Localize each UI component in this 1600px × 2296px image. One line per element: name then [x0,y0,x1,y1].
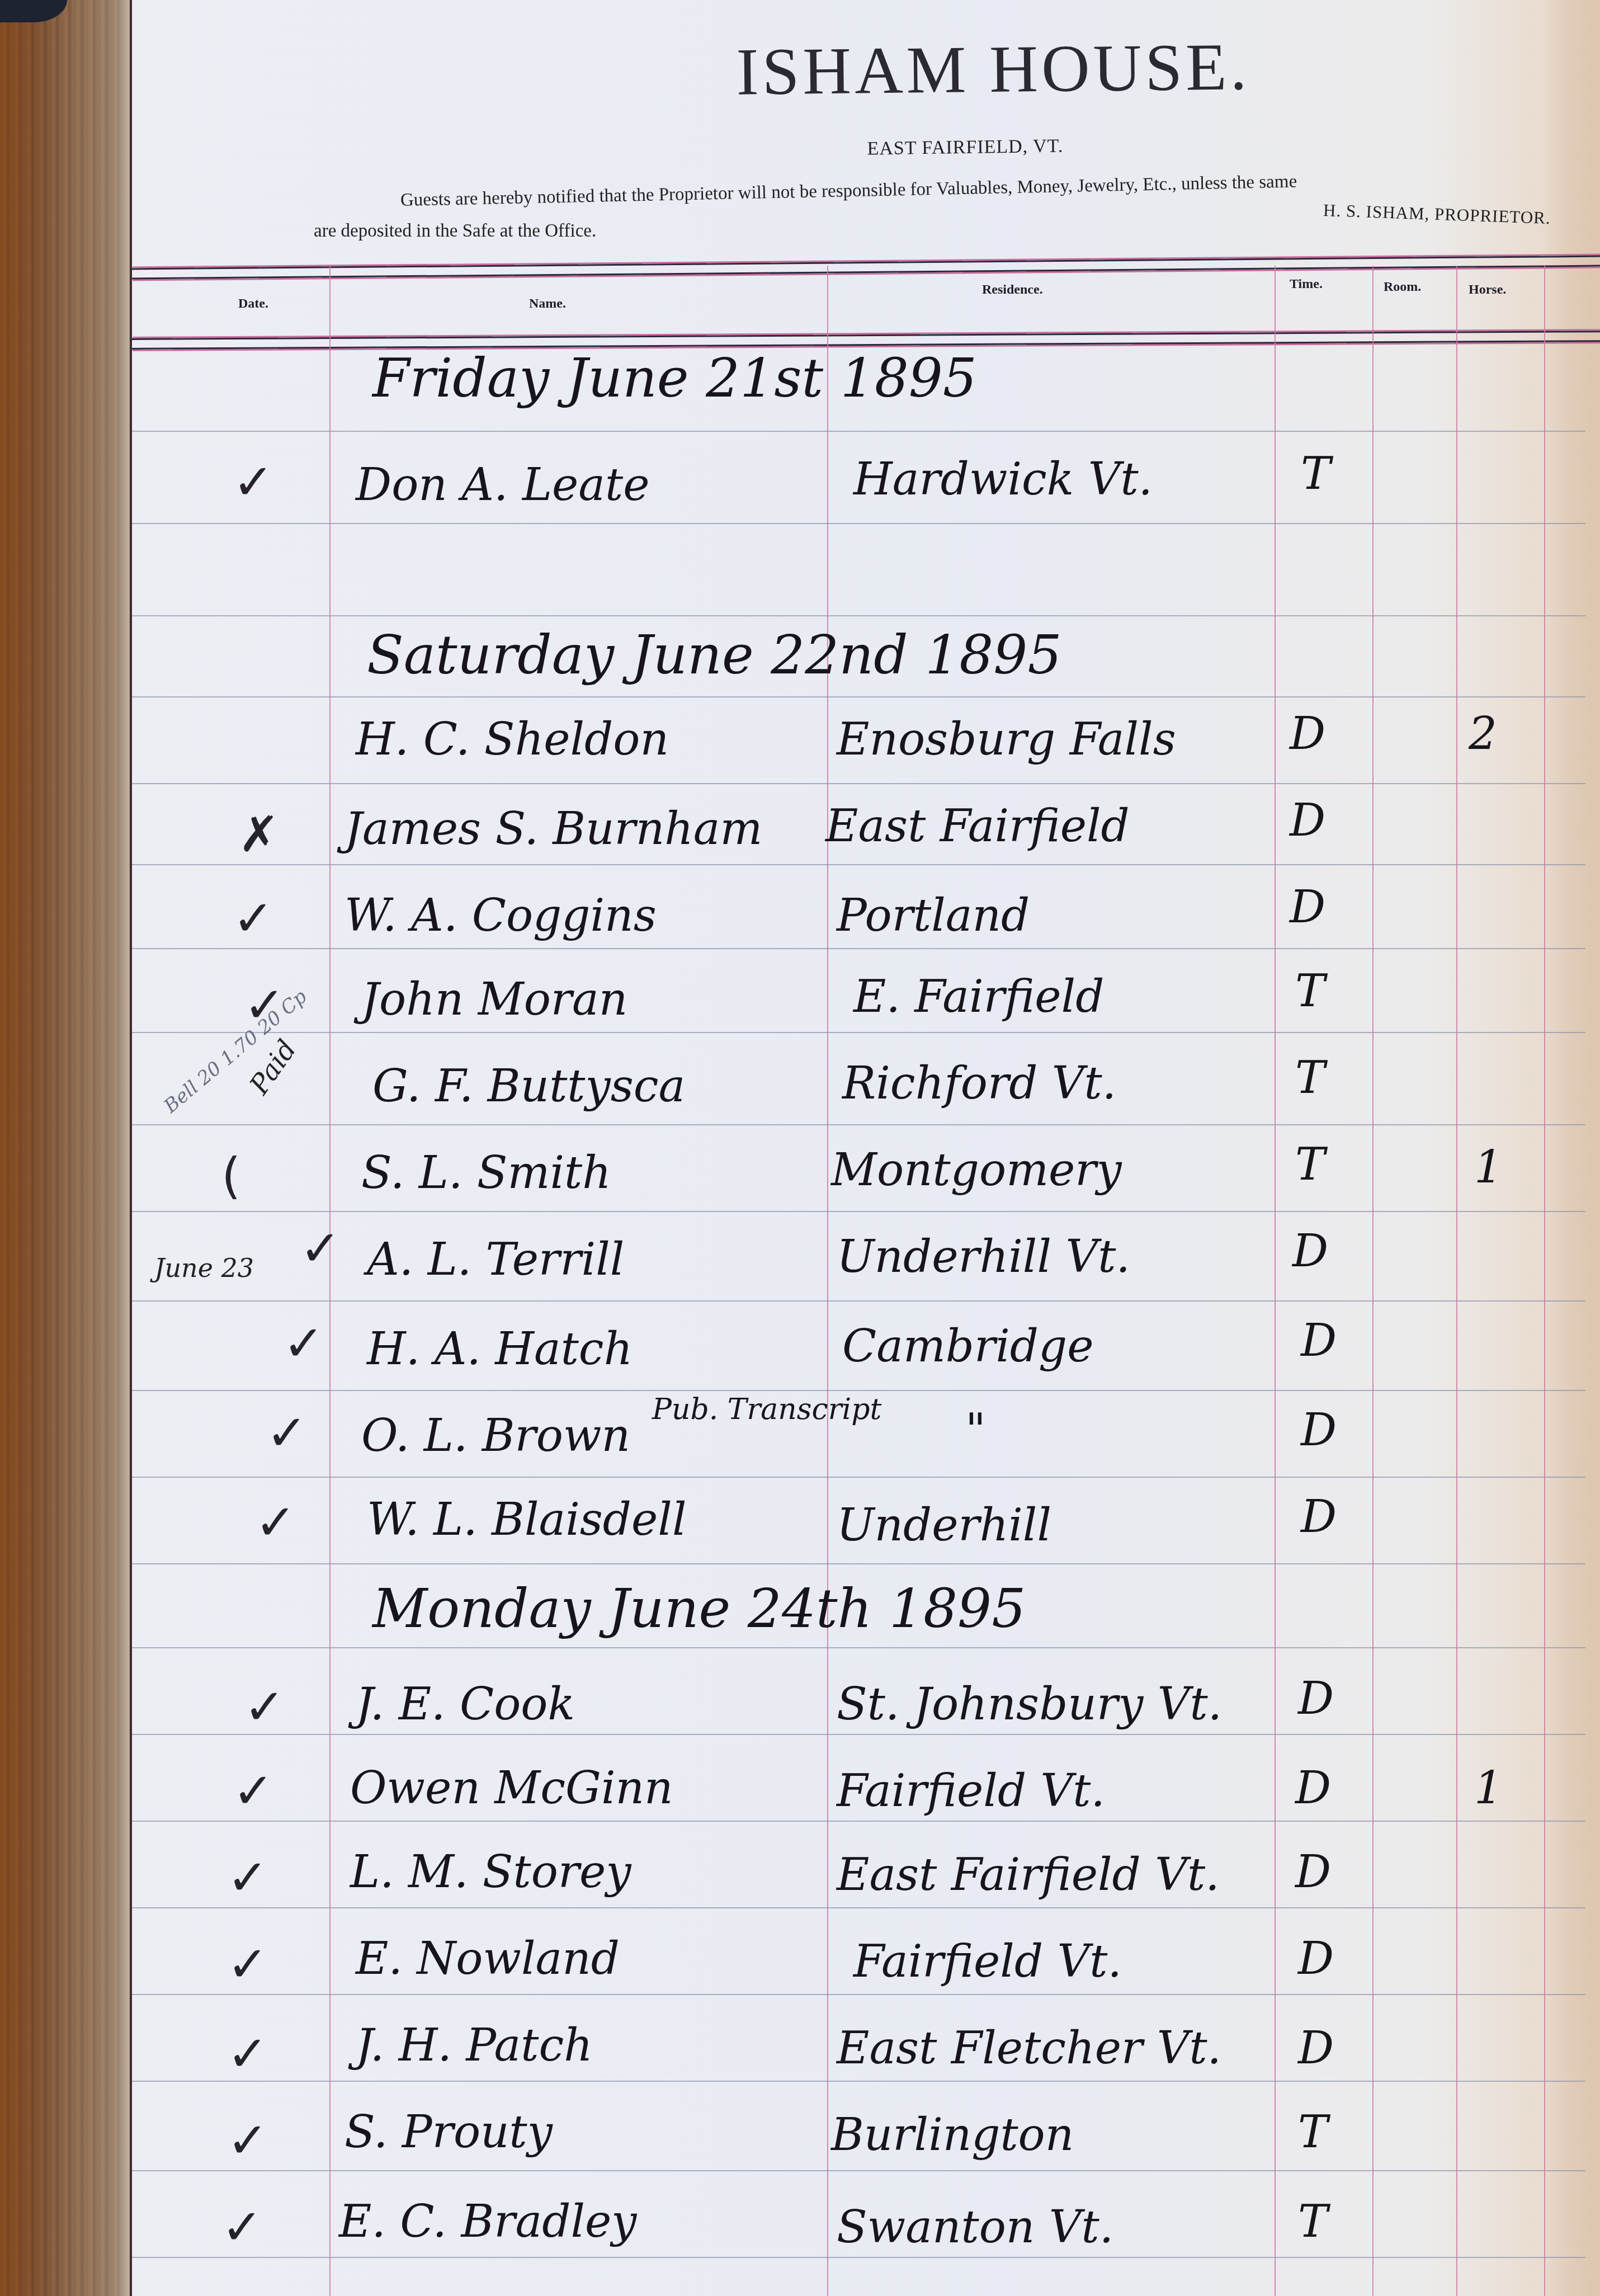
arrival-time: D [1295,1846,1331,1898]
arrival-time: D [1301,1491,1337,1543]
hotel-location: EAST FAIRFIELD, VT. [714,134,1217,162]
liability-notice-line1: Guests are hereby notified that the Prop… [400,171,1297,211]
column-header-date: Date. [238,296,268,312]
column-header-horse: Horse. [1469,282,1506,298]
arrival-time: T [1295,965,1325,1017]
ruled-line [132,615,1585,616]
guest-name: E. Nowland [356,1932,620,1984]
ruled-line [132,1124,1585,1125]
day-heading: Friday June 21st 1895 [372,347,977,409]
guest-name: H. A. Hatch [367,1323,633,1375]
liability-notice-line2: are deposited in the Safe at the Office. [314,221,596,242]
ruled-line [132,1647,1585,1648]
ruled-line [132,1907,1585,1908]
horse-count: 1 [1474,1762,1503,1814]
arrival-time: D [1298,2022,1334,2074]
arrival-time: D [1295,1762,1331,1814]
guest-residence: East Fairfield [825,800,1130,852]
guest-residence: Fairfield Vt. [837,1765,1105,1817]
column-header-time: Time. [1290,277,1323,292]
register-page: ISHAM HOUSE. EAST FAIRFIELD, VT. Guests … [130,0,1600,2296]
guest-name: W. L. Blaisdell [367,1493,687,1545]
guest-residence: E. Fairfield [853,970,1104,1022]
ruled-line [132,948,1585,949]
day-heading: Saturday June 22nd 1895 [367,624,1061,686]
check-mark-icon: ✓ [244,1678,285,1736]
arrival-time: D [1298,1932,1334,1984]
guest-name: G. F. Buttysca [372,1060,685,1112]
guest-name: A. L. Terrill [367,1233,624,1285]
horse-count: 2 [1469,708,1497,760]
ruled-line [132,864,1585,865]
guest-residence: Cambridge [842,1320,1094,1372]
guest-name: J. E. Cook [356,1678,575,1730]
arrival-time: D [1301,1404,1337,1456]
cross-mark-icon: ✗ [238,805,280,863]
ruled-line [132,696,1585,697]
ruled-line [132,1211,1585,1212]
ruled-line [132,2257,1585,2258]
column-header-residence: Residence. [982,282,1043,298]
arrival-time: T [1295,1052,1325,1104]
guest-residence: Enosburg Falls [837,713,1176,765]
horse-count: 1 [1474,1141,1503,1193]
ruled-line [132,1390,1585,1391]
guest-residence: East Fletcher Vt. [837,2022,1221,2074]
column-divider-room [1456,266,1457,2296]
guest-residence: Richford Vt. [842,1057,1116,1109]
ruled-line [132,1300,1585,1302]
arrival-time: T [1298,2195,1328,2247]
book-page-edges [0,0,134,2296]
ruled-line [132,1477,1585,1478]
guest-name: O. L. Brown [361,1409,630,1461]
ruled-line [132,1994,1585,1995]
ruled-line [132,1821,1585,1822]
guest-name: S. Prouty [344,2106,553,2158]
proprietor-name: H. S. ISHAM, PROPRIETOR. [1323,200,1551,228]
guest-name: James S. Burnham [344,803,762,855]
guest-residence: East Fairfield Vt. [837,1849,1220,1901]
guest-name: Don A. Leate [356,459,650,511]
check-mark-icon: ✓ [227,1849,268,1906]
date-margin-note: June 23 [154,1253,254,1283]
check-mark-icon: ✓ [283,1314,324,1372]
column-divider-date [329,266,331,2296]
guest-name: W. A. Coggins [344,889,657,941]
arrival-time: T [1301,447,1330,499]
guest-residence: Portland [837,889,1030,941]
column-header-room: Room. [1384,280,1421,295]
check-mark-icon: ✓ [227,1935,268,1993]
header-double-rule-top [132,256,1600,280]
ruled-line [132,1734,1585,1735]
check-mark-icon: ✓ [233,1762,274,1819]
arrival-time: D [1290,708,1325,760]
arrival-time: D [1292,1225,1328,1277]
check-mark-icon: ✓ [227,2025,268,2082]
column-header-name: Name. [529,296,566,312]
check-mark-icon: ✓ [227,2111,268,2169]
arrival-time: D [1290,881,1325,933]
column-divider-name [827,266,828,2296]
guest-residence: Fairfield Vt. [853,1935,1122,1987]
check-mark-icon: ✓ [255,1493,296,1551]
arrival-time: D [1298,1672,1334,1724]
ruled-line [132,2170,1585,2171]
guest-residence: Underhill Vt. [837,1230,1130,1283]
column-divider-time [1372,266,1374,2296]
check-mark-icon: ✓ [233,453,274,511]
check-mark-icon: ✓ [221,2198,263,2256]
guest-residence: Montgomery [831,1144,1122,1196]
day-heading: Monday June 24th 1895 [372,1577,1026,1640]
column-divider-horse [1544,266,1545,2296]
column-divider-residence [1275,266,1276,2296]
guest-name: Owen McGinn [350,1762,673,1814]
guest-name: E. C. Bradley [339,2195,637,2247]
ruled-line [132,431,1585,432]
ruled-line [132,1563,1585,1564]
guest-residence: Hardwick Vt. [853,453,1153,505]
ruled-line [132,1032,1585,1033]
guest-name: John Moran [361,973,627,1025]
check-mark-icon: ✓ [266,1404,308,1461]
bracket-mark: ( [221,1147,240,1204]
guest-occupation-note: Pub. Transcript [652,1393,881,1426]
guest-name: S. L. Smith [361,1147,611,1199]
guest-residence-ditto: " [965,1404,986,1456]
arrival-time: D [1301,1314,1337,1366]
guest-residence: Underhill [837,1499,1051,1551]
ruled-line [132,783,1585,784]
ruled-line [132,523,1585,524]
arrival-time: T [1295,1138,1325,1190]
guest-name: L. M. Storey [350,1846,631,1898]
guest-residence: St. Johnsbury Vt. [837,1678,1222,1730]
hotel-title: ISHAM HOUSE. [517,26,1469,113]
guest-residence: Burlington [831,2109,1074,2161]
arrival-time: D [1290,794,1325,846]
guest-residence: Swanton Vt. [837,2201,1113,2253]
ruled-line [132,2081,1585,2082]
guest-name: H. C. Sheldon [356,713,669,765]
check-mark-icon: ✓ [300,1219,341,1277]
check-mark-icon: ✓ [233,889,274,947]
page-curl-shadow [1541,0,1600,2296]
guest-name: J. H. Patch [356,2019,593,2071]
arrival-time: T [1298,2106,1328,2158]
